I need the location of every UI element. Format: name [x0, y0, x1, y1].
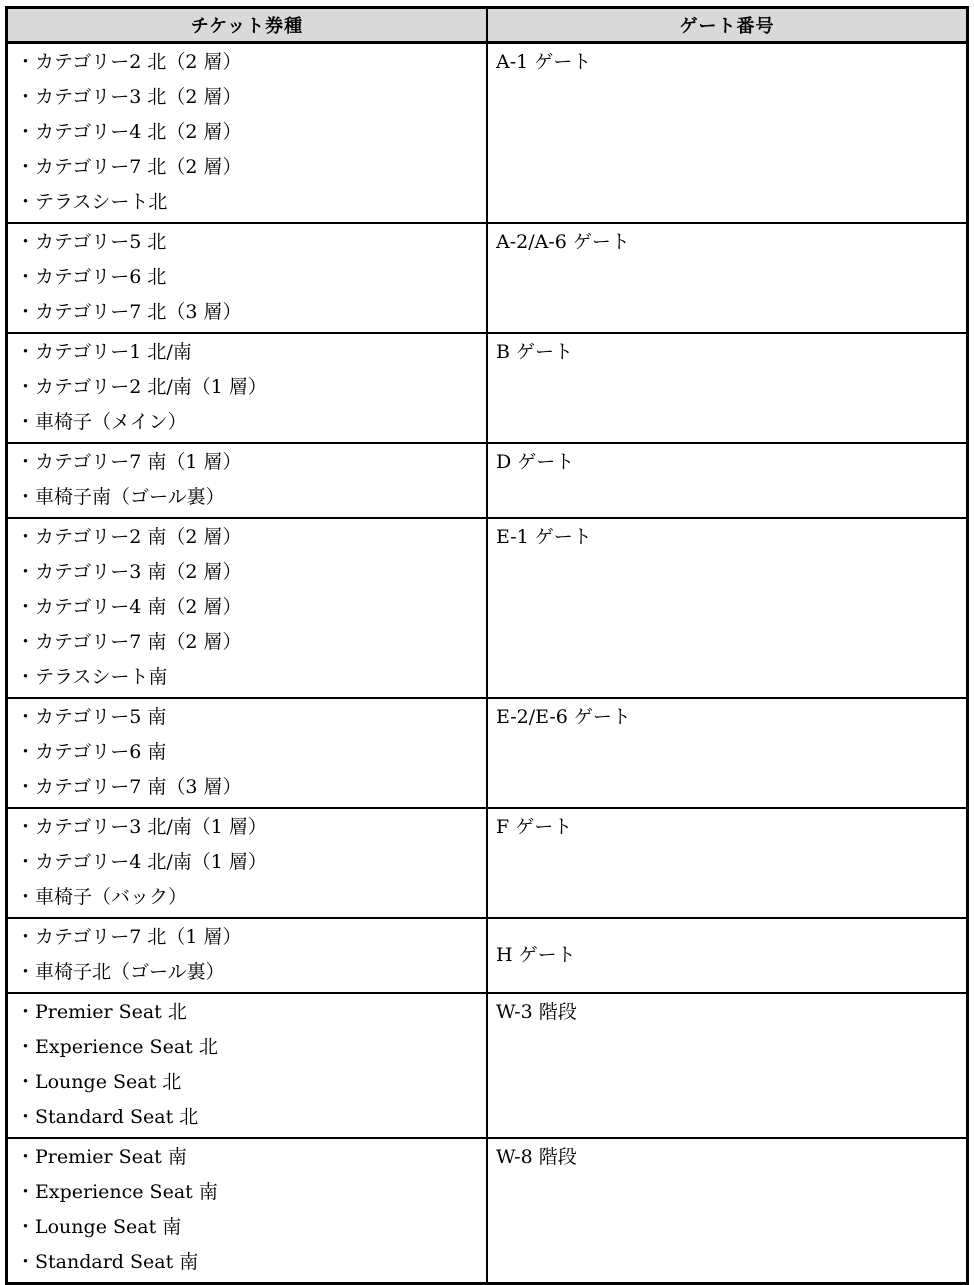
- table-row: ・カテゴリー7 北（1 層）・車椅子北（ゴール裏）H ゲート: [7, 918, 968, 993]
- header-row: チケット券種 ゲート番号: [7, 8, 968, 43]
- gate-cell: D ゲート: [487, 443, 968, 518]
- ticket-line: ・車椅子南（ゴール裏）: [16, 480, 478, 515]
- ticket-line: ・Standard Seat 北: [16, 1100, 478, 1135]
- gate-label: B ゲート: [496, 335, 958, 370]
- ticket-cell: ・カテゴリー2 北（2 層）・カテゴリー3 北（2 層）・カテゴリー4 北（2 …: [7, 43, 488, 224]
- ticket-line: ・車椅子北（ゴール裏）: [16, 955, 478, 990]
- ticket-cell: ・Premier Seat 南・Experience Seat 南・Lounge…: [7, 1138, 488, 1284]
- ticket-line: ・カテゴリー2 北（2 層）: [16, 45, 478, 80]
- ticket-line: ・Lounge Seat 南: [16, 1210, 478, 1245]
- table-row: ・Premier Seat 北・Experience Seat 北・Lounge…: [7, 993, 968, 1138]
- ticket-line: ・カテゴリー7 南（2 層）: [16, 625, 478, 660]
- table-row: ・Premier Seat 南・Experience Seat 南・Lounge…: [7, 1138, 968, 1284]
- gate-cell: H ゲート: [487, 918, 968, 993]
- gate-label: E-1 ゲート: [496, 520, 958, 555]
- ticket-cell: ・カテゴリー5 南・カテゴリー6 南・カテゴリー7 南（3 層）: [7, 698, 488, 808]
- ticket-line: ・Lounge Seat 北: [16, 1065, 478, 1100]
- ticket-line: ・カテゴリー6 南: [16, 735, 478, 770]
- gate-label: W-8 階段: [496, 1140, 958, 1175]
- ticket-line: ・カテゴリー5 北: [16, 225, 478, 260]
- ticket-cell: ・カテゴリー2 南（2 層）・カテゴリー3 南（2 層）・カテゴリー4 南（2 …: [7, 518, 488, 698]
- ticket-line: ・Experience Seat 南: [16, 1175, 478, 1210]
- ticket-line: ・カテゴリー7 北（3 層）: [16, 295, 478, 330]
- ticket-line: ・カテゴリー3 北（2 層）: [16, 80, 478, 115]
- table-row: ・カテゴリー5 北・カテゴリー6 北・カテゴリー7 北（3 層）A-2/A-6 …: [7, 223, 968, 333]
- table-row: ・カテゴリー1 北/南・カテゴリー2 北/南（1 層）・車椅子（メイン）B ゲー…: [7, 333, 968, 443]
- ticket-line: ・カテゴリー4 北（2 層）: [16, 115, 478, 150]
- ticket-cell: ・カテゴリー7 北（1 層）・車椅子北（ゴール裏）: [7, 918, 488, 993]
- ticket-line: ・カテゴリー3 北/南（1 層）: [16, 810, 478, 845]
- gate-label: A-1 ゲート: [496, 45, 958, 80]
- ticket-line: ・カテゴリー4 南（2 層）: [16, 590, 478, 625]
- gate-cell: A-1 ゲート: [487, 43, 968, 224]
- ticket-line: ・カテゴリー7 南（3 層）: [16, 770, 478, 805]
- table-row: ・カテゴリー3 北/南（1 層）・カテゴリー4 北/南（1 層）・車椅子（バック…: [7, 808, 968, 918]
- ticket-cell: ・カテゴリー7 南（1 層）・車椅子南（ゴール裏）: [7, 443, 488, 518]
- gate-label: W-3 階段: [496, 995, 958, 1030]
- ticket-line: ・Premier Seat 南: [16, 1140, 478, 1175]
- ticket-line: ・カテゴリー2 南（2 層）: [16, 520, 478, 555]
- table-row: ・カテゴリー7 南（1 層）・車椅子南（ゴール裏）D ゲート: [7, 443, 968, 518]
- ticket-cell: ・Premier Seat 北・Experience Seat 北・Lounge…: [7, 993, 488, 1138]
- ticket-line: ・Experience Seat 北: [16, 1030, 478, 1065]
- ticket-line: ・テラスシート北: [16, 185, 478, 220]
- ticket-line: ・カテゴリー4 北/南（1 層）: [16, 845, 478, 880]
- header-ticket-type: チケット券種: [7, 8, 488, 43]
- ticket-line: ・テラスシート南: [16, 660, 478, 695]
- table-body: ・カテゴリー2 北（2 層）・カテゴリー3 北（2 層）・カテゴリー4 北（2 …: [7, 43, 968, 1284]
- ticket-gate-table: チケット券種 ゲート番号 ・カテゴリー2 北（2 層）・カテゴリー3 北（2 層…: [5, 6, 969, 1285]
- ticket-line: ・カテゴリー7 北（1 層）: [16, 920, 478, 955]
- ticket-cell: ・カテゴリー5 北・カテゴリー6 北・カテゴリー7 北（3 層）: [7, 223, 488, 333]
- ticket-line: ・カテゴリー5 南: [16, 700, 478, 735]
- document-page: チケット券種 ゲート番号 ・カテゴリー2 北（2 層）・カテゴリー3 北（2 層…: [0, 0, 974, 1268]
- table-row: ・カテゴリー2 北（2 層）・カテゴリー3 北（2 層）・カテゴリー4 北（2 …: [7, 43, 968, 224]
- ticket-line: ・車椅子（メイン）: [16, 405, 478, 440]
- ticket-cell: ・カテゴリー1 北/南・カテゴリー2 北/南（1 層）・車椅子（メイン）: [7, 333, 488, 443]
- gate-label: A-2/A-6 ゲート: [496, 225, 958, 260]
- ticket-line: ・カテゴリー7 南（1 層）: [16, 445, 478, 480]
- gate-cell: E-2/E-6 ゲート: [487, 698, 968, 808]
- ticket-line: ・カテゴリー3 南（2 層）: [16, 555, 478, 590]
- ticket-line: ・カテゴリー1 北/南: [16, 335, 478, 370]
- ticket-line: ・車椅子（バック）: [16, 880, 478, 915]
- ticket-line: ・カテゴリー7 北（2 層）: [16, 150, 478, 185]
- gate-cell: A-2/A-6 ゲート: [487, 223, 968, 333]
- gate-cell: W-8 階段: [487, 1138, 968, 1284]
- ticket-line: ・Premier Seat 北: [16, 995, 478, 1030]
- gate-cell: B ゲート: [487, 333, 968, 443]
- gate-label: F ゲート: [496, 810, 958, 845]
- ticket-cell: ・カテゴリー3 北/南（1 層）・カテゴリー4 北/南（1 層）・車椅子（バック…: [7, 808, 488, 918]
- gate-cell: E-1 ゲート: [487, 518, 968, 698]
- ticket-line: ・カテゴリー6 北: [16, 260, 478, 295]
- gate-cell: W-3 階段: [487, 993, 968, 1138]
- table-row: ・カテゴリー5 南・カテゴリー6 南・カテゴリー7 南（3 層）E-2/E-6 …: [7, 698, 968, 808]
- gate-label: D ゲート: [496, 445, 958, 480]
- ticket-line: ・カテゴリー2 北/南（1 層）: [16, 370, 478, 405]
- table-row: ・カテゴリー2 南（2 層）・カテゴリー3 南（2 層）・カテゴリー4 南（2 …: [7, 518, 968, 698]
- table-header: チケット券種 ゲート番号: [7, 8, 968, 43]
- header-gate-number: ゲート番号: [487, 8, 968, 43]
- gate-cell: F ゲート: [487, 808, 968, 918]
- gate-label: E-2/E-6 ゲート: [496, 700, 958, 735]
- ticket-line: ・Standard Seat 南: [16, 1245, 478, 1280]
- gate-label: H ゲート: [496, 938, 958, 973]
